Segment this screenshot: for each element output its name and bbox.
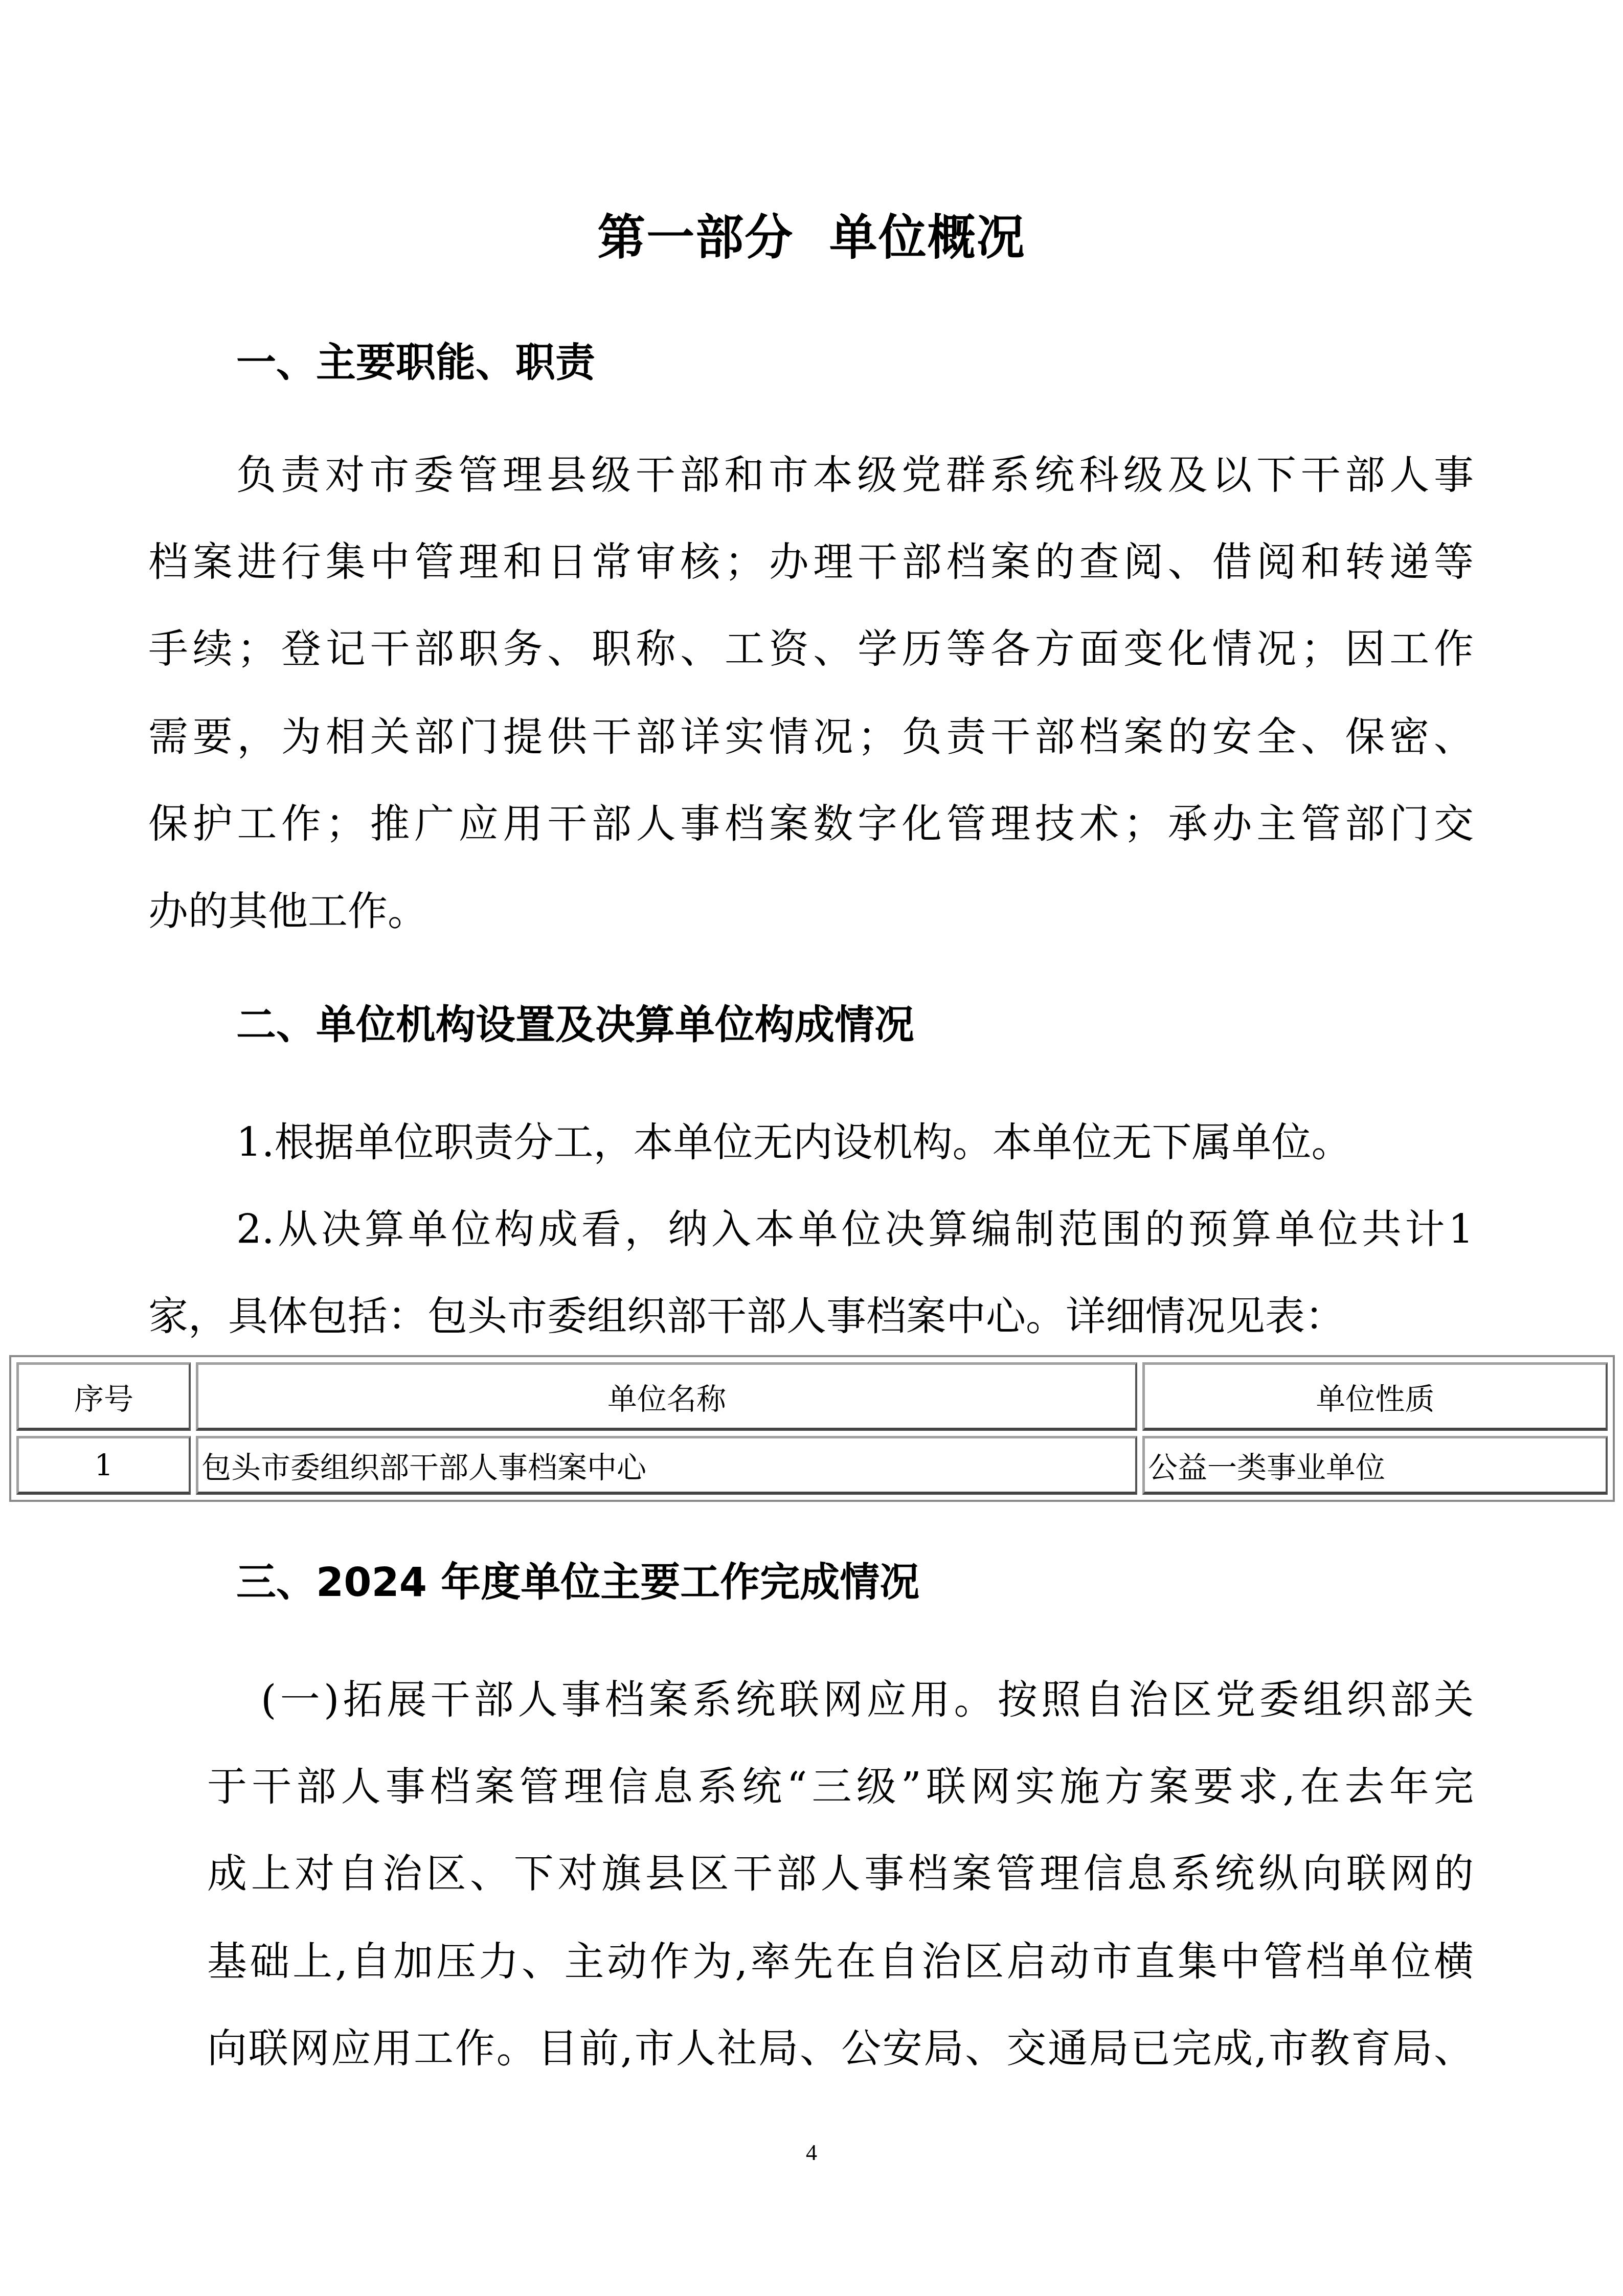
paragraph-line: 于干部人事档案管理信息系统“三级”联网实施方案要求,在去年完 xyxy=(207,1762,1474,1813)
section-heading-work-2024: 三、2024 年度单位主要工作完成情况 xyxy=(236,1557,919,1608)
table-cell-seq: 1 xyxy=(16,1436,191,1495)
table-header-seq: 序号 xyxy=(16,1362,191,1431)
page-title: 第一部分 单位概况 xyxy=(0,207,1623,268)
paragraph-line: 家，具体包括：包头市委组织部干部人事档案中心。详细情况见表： xyxy=(148,1291,1345,1342)
table-cell-type: 公益一类事业单位 xyxy=(1142,1436,1608,1495)
section-heading-structure: 二、单位机构设置及决算单位构成情况 xyxy=(236,1000,914,1051)
unit-table: 序号 单位名称 单位性质 1 包头市委组织部干部人事档案中心 公益一类事业单位 xyxy=(9,1355,1615,1502)
table-header-name: 单位名称 xyxy=(196,1362,1137,1431)
section-heading-functions: 一、主要职能、职责 xyxy=(236,337,595,389)
paragraph-line: 需要，为相关部门提供干部详实情况；负责干部档案的安全、保密、 xyxy=(148,712,1474,763)
paragraph-line: 保护工作；推广应用干部人事档案数字化管理技术；承办主管部门交 xyxy=(148,799,1474,850)
paragraph-line: 成上对自治区、下对旗县区干部人事档案管理信息系统纵向联网的 xyxy=(207,1849,1474,1900)
table-header-type: 单位性质 xyxy=(1142,1362,1608,1431)
table-cell-name: 包头市委组织部干部人事档案中心 xyxy=(196,1436,1137,1495)
page-number: 4 xyxy=(0,2137,1623,2168)
paragraph-line: 1.根据单位职责分工，本单位无内设机构。本单位无下属单位。 xyxy=(236,1117,1351,1168)
paragraph-line: 档案进行集中管理和日常审核；办理干部档案的查阅、借阅和转递等 xyxy=(148,537,1474,588)
paragraph-line: 2.从决算单位构成看，纳入本单位决算编制范围的预算单位共计1 xyxy=(236,1204,1474,1255)
paragraph-line: (一)拓展干部人事档案系统联网应用。按照自治区党委组织部关 xyxy=(261,1675,1474,1726)
paragraph-line: 手续；登记干部职务、职称、工资、学历等各方面变化情况；因工作 xyxy=(148,624,1474,675)
paragraph-line: 基础上,自加压力、主动作为,率先在自治区启动市直集中管档单位横 xyxy=(207,1937,1474,1988)
table-row: 1 包头市委组织部干部人事档案中心 公益一类事业单位 xyxy=(16,1436,1608,1495)
table-header-row: 序号 单位名称 单位性质 xyxy=(16,1362,1608,1431)
paragraph-line: 办的其他工作。 xyxy=(148,886,427,937)
paragraph-line: 向联网应用工作。目前,市人社局、公安局、交通局已完成,市教育局、 xyxy=(207,2023,1474,2075)
paragraph-line: 负责对市委管理县级干部和市本级党群系统科级及以下干部人事 xyxy=(236,450,1474,501)
